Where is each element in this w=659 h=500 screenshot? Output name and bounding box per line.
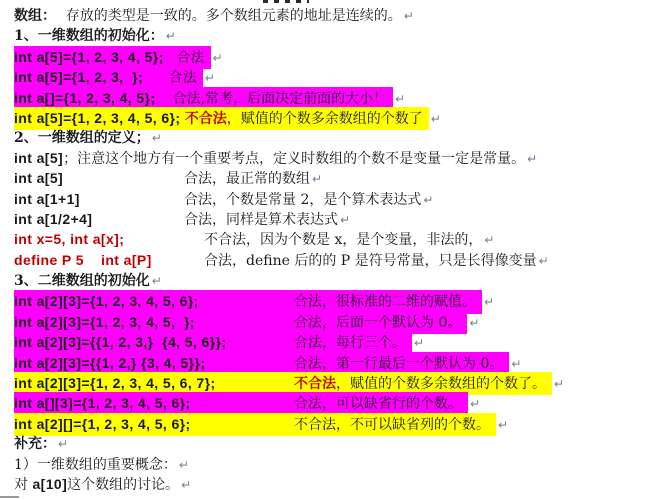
comment-text: 合法，后面一个默认为 0。 (294, 315, 461, 331)
document-line: int a[]={1, 2, 3, 4, 5}; 合法,常考，后面决定前面的大小… (14, 87, 659, 107)
comment-text: 对 (14, 477, 32, 493)
comment-text: ，赋值的个数多余数组的个数了 (227, 111, 423, 127)
document-line: int a[2][3]={{1, 2,} {3, 4, 5}};合法，第一行最后… (14, 352, 659, 372)
return-mark-icon: ↵ (58, 437, 68, 451)
comment-text: 合法 (177, 50, 205, 66)
comment-text: 这个数组的讨论。 (67, 477, 179, 493)
code-text: int a[2][3]={{1, 2, 3,} {4, 5, 6}}; (14, 332, 294, 352)
return-mark-icon: ↵ (181, 478, 191, 492)
document-line: int a[1/2+4]合法，同样是算术表达式↵ (14, 209, 659, 229)
heading-text: 2、一维数组的定义； (14, 130, 150, 146)
code-text: int x=5, int a[x]; (14, 229, 204, 249)
code-text: int a[1/2+4] (14, 209, 184, 229)
comment-text: 合法，可以缺省行的个数。 (294, 396, 462, 412)
heading-text: 补充： (14, 436, 56, 452)
return-mark-icon: ↵ (213, 51, 223, 65)
comment-text: ；注意这个地方有一个重要考点，定义时数组的个数不是变量一定是常量。 (63, 151, 525, 167)
return-mark-icon: ↵ (166, 29, 176, 43)
return-mark-icon: ↵ (152, 274, 162, 288)
document-line: int a[2][]={1, 2, 3, 4, 5, 6};不合法，不可以缺省列… (14, 413, 659, 433)
return-mark-icon: ↵ (484, 233, 494, 247)
return-mark-icon: ↵ (431, 112, 441, 126)
comment-text: 合法，很标准的二维的赋值。 (294, 294, 476, 310)
document-line: int a[5]；注意这个地方有一个重要考点，定义时数组的个数不是变量一定是常量… (14, 148, 659, 168)
document-line: int x=5, int a[x];不合法，因为个数是 x，是个变量，非法的，↵ (14, 229, 659, 249)
return-mark-icon: ↵ (484, 295, 494, 309)
return-mark-icon: ↵ (423, 193, 433, 207)
heading-text: 1、一维数组的初始化： (14, 28, 164, 44)
comment-text: ，赋值的个数多余数组的个数了。 (336, 376, 546, 392)
return-mark-icon: ↵ (340, 213, 350, 227)
return-mark-icon: ↵ (312, 172, 322, 186)
illegal-label: 不合法 (185, 111, 227, 127)
code-text: int a[2][3]={1, 2, 3, 4, 5, }; (14, 312, 294, 332)
cropped-page-heading (263, 0, 309, 3)
heading-text: 数组： (14, 8, 66, 24)
return-mark-icon: ↵ (179, 458, 189, 472)
code-text: int a[5] (14, 168, 184, 188)
code-text: int a[2][3]={1, 2, 3, 4, 5, 6}; (14, 291, 294, 311)
document-line: 对 a[10]这个数组的讨论。↵ (14, 474, 659, 494)
code-text: int a[5]={1, 2, 3, 4, 5, 6}; (14, 110, 185, 126)
return-mark-icon: ↵ (414, 336, 424, 350)
code-text: int a[][3]={1, 2, 3, 4, 5, 6}; (14, 393, 294, 413)
document-page: 数组： 存放的类型是一致的。多个数组元素的地址是连续的。↵1、一维数组的初始化：… (0, 0, 659, 500)
code-text: int a[2][]={1, 2, 3, 4, 5, 6}; (14, 414, 294, 434)
code-text: int a[1+1] (14, 189, 184, 209)
comment-text: 不合法，因为个数是 x，是个变量，非法的， (204, 232, 482, 248)
document-line: int a[2][3]={1, 2, 3, 4, 5, 6};合法，很标准的二维… (14, 290, 659, 310)
comment-text: 合法，个数是常量 2，是个算术表达式 (184, 192, 421, 208)
return-mark-icon: ↵ (152, 131, 162, 145)
code-text: define P 5 int a[P] (14, 250, 204, 270)
document-line: 补充：↵ (14, 433, 659, 453)
comment-text: 合法，最正常的数组 (184, 171, 310, 187)
document-line: 3、二维数组的初始化↵ (14, 270, 659, 290)
document-line: int a[5]={1, 2, 3, 4, 5}; 合法↵ (14, 46, 659, 66)
footnote-divider (0, 496, 19, 498)
comment-text: 合法，define 后的的 P 是符号常量，只是长得像变量 (204, 253, 537, 269)
heading-text: 3、二维数组的初始化 (14, 273, 150, 289)
return-mark-icon: ↵ (395, 92, 405, 106)
document-line: 1）一维数组的重要概念：↵ (14, 454, 659, 474)
comment-text: 存放的类型是一致的。多个数组元素的地址是连续的。 (66, 8, 402, 24)
code-text: int a[2][3]={{1, 2,} {3, 4, 5}}; (14, 353, 294, 373)
document-line: int a[][3]={1, 2, 3, 4, 5, 6};合法，可以缺省行的个… (14, 392, 659, 412)
illegal-label: 不合法 (294, 376, 336, 392)
code-text: int a[5]={1, 2, 3, }; (14, 69, 169, 85)
return-mark-icon: ↵ (205, 71, 215, 85)
code-text: int a[5]={1, 2, 3, 4, 5}; (14, 49, 177, 65)
document-content: 数组： 存放的类型是一致的。多个数组元素的地址是连续的。↵1、一维数组的初始化：… (14, 5, 659, 494)
code-text: int a[5] (14, 150, 63, 166)
comment-text: 合法 (169, 70, 197, 86)
document-line: 数组： 存放的类型是一致的。多个数组元素的地址是连续的。↵ (14, 5, 659, 25)
return-mark-icon: ↵ (511, 357, 521, 371)
document-line: int a[5]合法，最正常的数组↵ (14, 168, 659, 188)
return-mark-icon: ↵ (470, 397, 480, 411)
comment-text: 合法，每行三个。 (294, 335, 406, 351)
document-line: int a[5]={1, 2, 3, }; 合法↵ (14, 66, 659, 86)
comment-text: 1）一维数组的重要概念： (14, 457, 177, 473)
return-mark-icon: ↵ (469, 316, 479, 330)
code-text: int a[]={1, 2, 3, 4, 5}; (14, 90, 173, 106)
code-text: a[10] (32, 476, 67, 492)
comment-text: 合法,常考，后面决定前面的大小！ (173, 91, 387, 107)
document-line: 2、一维数组的定义；↵ (14, 127, 659, 147)
return-mark-icon: ↵ (554, 377, 564, 391)
document-line: define P 5 int a[P]合法，define 后的的 P 是符号常量… (14, 250, 659, 270)
document-line: int a[2][3]={1, 2, 3, 4, 5, };合法，后面一个默认为… (14, 311, 659, 331)
document-line: int a[5]={1, 2, 3, 4, 5, 6}; 不合法，赋值的个数多余… (14, 107, 659, 127)
comment-text: 不合法，不可以缺省列的个数。 (294, 417, 490, 433)
document-line: int a[1+1]合法，个数是常量 2，是个算术表达式↵ (14, 189, 659, 209)
return-mark-icon: ↵ (539, 254, 549, 268)
return-mark-icon: ↵ (404, 9, 414, 23)
document-line: int a[2][3]={1, 2, 3, 4, 5, 6, 7};不合法，赋值… (14, 372, 659, 392)
document-line: 1、一维数组的初始化：↵ (14, 25, 659, 45)
document-line: int a[2][3]={{1, 2, 3,} {4, 5, 6}};合法，每行… (14, 331, 659, 351)
code-text: int a[2][3]={1, 2, 3, 4, 5, 6, 7}; (14, 373, 294, 393)
comment-text: 合法，同样是算术表达式 (184, 212, 338, 228)
return-mark-icon: ↵ (527, 152, 537, 166)
highlight-yellow: int a[2][]={1, 2, 3, 4, 5, 6};不合法，不可以缺省列… (14, 413, 496, 436)
return-mark-icon: ↵ (498, 418, 508, 432)
comment-text: 合法，第一行最后一个默认为 0。 (294, 356, 503, 372)
